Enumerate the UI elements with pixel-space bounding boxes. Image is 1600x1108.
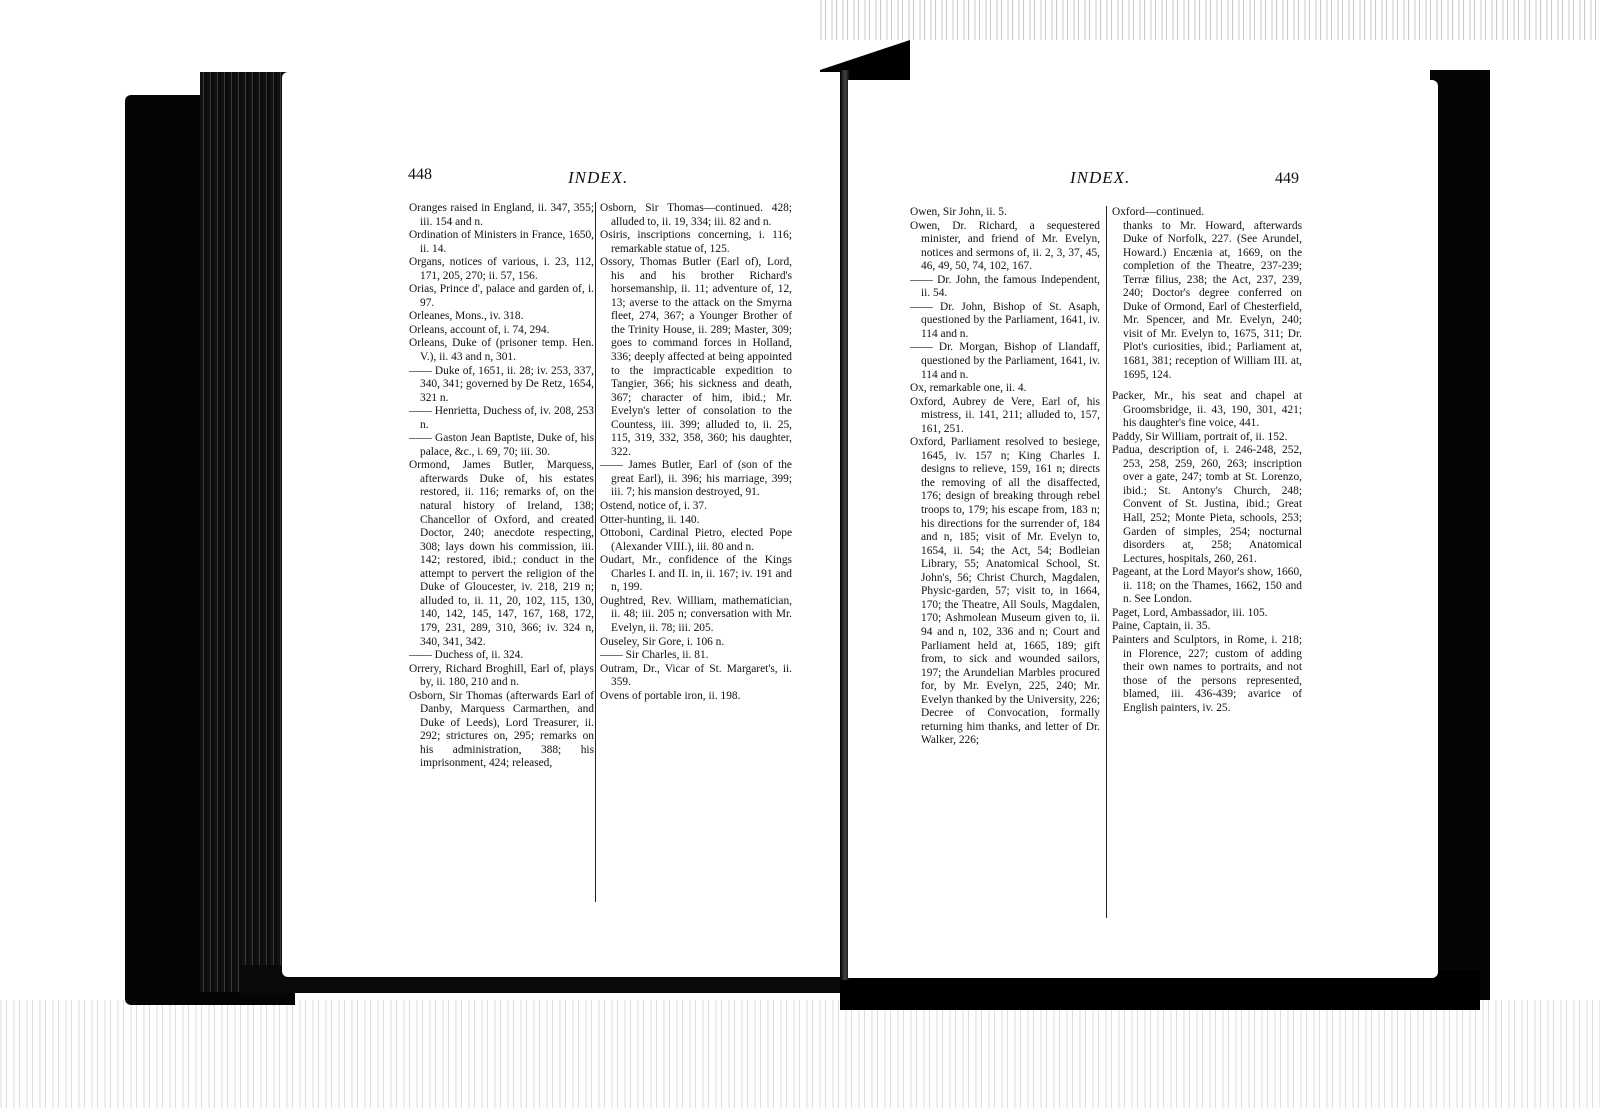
index-entry: Ovens of portable iron, ii. 198.: [600, 690, 792, 704]
index-entry: Owen, Sir John, ii. 5.: [910, 206, 1100, 220]
index-entry: —— James Butler, Earl of (son of the gre…: [600, 459, 792, 500]
index-entry: Oxford, Aubrey de Vere, Earl of, his mis…: [910, 396, 1100, 437]
running-title: INDEX.: [568, 168, 628, 188]
left-page-column-1: Oranges raised in England, ii. 347, 355;…: [409, 202, 594, 771]
column-divider: [595, 202, 596, 902]
index-entry: Painters and Sculptors, in Rome, i. 218;…: [1112, 634, 1302, 715]
index-entry: Ostend, notice of, i. 37.: [600, 500, 792, 514]
index-entry: Oughtred, Rev. William, mathematician, i…: [600, 595, 792, 636]
scan-noise-bottom: [0, 1000, 1600, 1108]
index-entry: Organs, notices of various, i. 23, 112, …: [409, 256, 594, 283]
index-entry: Osborn, Sir Thomas (afterwards Earl of D…: [409, 690, 594, 771]
index-entry: —— Gaston Jean Baptiste, Duke of, his pa…: [409, 432, 594, 459]
index-entry: Orrery, Richard Broghill, Earl of, plays…: [409, 663, 594, 690]
scan-noise-top: [820, 0, 1600, 40]
index-entry: Oranges raised in England, ii. 347, 355;…: [409, 202, 594, 229]
index-entry: Ouseley, Sir Gore, i. 106 n.: [600, 636, 792, 650]
continued-heading: Oxford—continued.: [1112, 206, 1302, 220]
index-entry: Orleans, Duke of (prisoner temp. Hen. V.…: [409, 337, 594, 364]
index-entry: Ordination of Ministers in France, 1650,…: [409, 229, 594, 256]
page-number: 448: [408, 166, 432, 184]
index-entry: thanks to Mr. Howard, afterwards Duke of…: [1112, 220, 1302, 383]
running-title: INDEX.: [1070, 168, 1130, 188]
index-entry: —— Henrietta, Duchess of, iv. 208, 253 n…: [409, 405, 594, 432]
index-entry: —— Duchess of, ii. 324.: [409, 649, 594, 663]
index-entry: Otter-hunting, ii. 140.: [600, 514, 792, 528]
index-entry: —— Dr. John, Bishop of St. Asaph, questi…: [910, 301, 1100, 342]
left-page: 448 INDEX. Oranges raised in England, ii…: [282, 72, 842, 977]
index-entry: Orias, Prince d', palace and garden of, …: [409, 283, 594, 310]
index-entry: Oxford, Parliament resolved to besiege, …: [910, 436, 1100, 748]
index-entry: Paine, Captain, ii. 35.: [1112, 620, 1302, 634]
page-edges-left: [200, 72, 290, 992]
index-entry: Pageant, at the Lord Mayor's show, 1660,…: [1112, 566, 1302, 607]
page-number: 449: [1275, 170, 1299, 188]
index-entry: Ormond, James Butler, Marquess, afterwar…: [409, 459, 594, 649]
index-entry: Osiris, inscriptions concerning, i. 116;…: [600, 229, 792, 256]
index-entry: Oudart, Mr., confidence of the Kings Cha…: [600, 554, 792, 595]
index-entry: Paddy, Sir William, portrait of, ii. 152…: [1112, 431, 1302, 445]
index-entry: Owen, Dr. Richard, a sequestered ministe…: [910, 220, 1100, 274]
index-entry: —— Dr. John, the famous Independent, ii.…: [910, 274, 1100, 301]
right-page-column-1: Owen, Sir John, ii. 5. Owen, Dr. Richard…: [910, 206, 1100, 748]
index-entry: —— Duke of, 1651, ii. 28; iv. 253, 337, …: [409, 365, 594, 406]
index-entry: Outram, Dr., Vicar of St. Margaret's, ii…: [600, 663, 792, 690]
index-entry: Osborn, Sir Thomas—continued. 428; allud…: [600, 202, 792, 229]
index-entry: Ottoboni, Cardinal Pietro, elected Pope …: [600, 527, 792, 554]
right-page-column-2: Oxford—continued. thanks to Mr. Howard, …: [1112, 206, 1302, 715]
index-entry: Orleanes, Mons., iv. 318.: [409, 310, 594, 324]
index-entry: Ossory, Thomas Butler (Earl of), Lord, h…: [600, 256, 792, 459]
index-entry: —— Dr. Morgan, Bishop of Llandaff, quest…: [910, 341, 1100, 382]
right-page: INDEX. 449 Owen, Sir John, ii. 5. Owen, …: [848, 80, 1438, 978]
index-entry: Orleans, account of, i. 74, 294.: [409, 324, 594, 338]
index-entry: —— Sir Charles, ii. 81.: [600, 649, 792, 663]
index-entry: Packer, Mr., his seat and chapel at Groo…: [1112, 390, 1302, 431]
index-entry: Padua, description of, i. 246-248, 252, …: [1112, 444, 1302, 566]
index-entry: Paget, Lord, Ambassador, iii. 105.: [1112, 607, 1302, 621]
index-entry: Ox, remarkable one, ii. 4.: [910, 382, 1100, 396]
column-divider: [1106, 206, 1107, 918]
book-cover-right: [1430, 70, 1490, 1000]
left-page-column-2: Osborn, Sir Thomas—continued. 428; allud…: [600, 202, 792, 703]
